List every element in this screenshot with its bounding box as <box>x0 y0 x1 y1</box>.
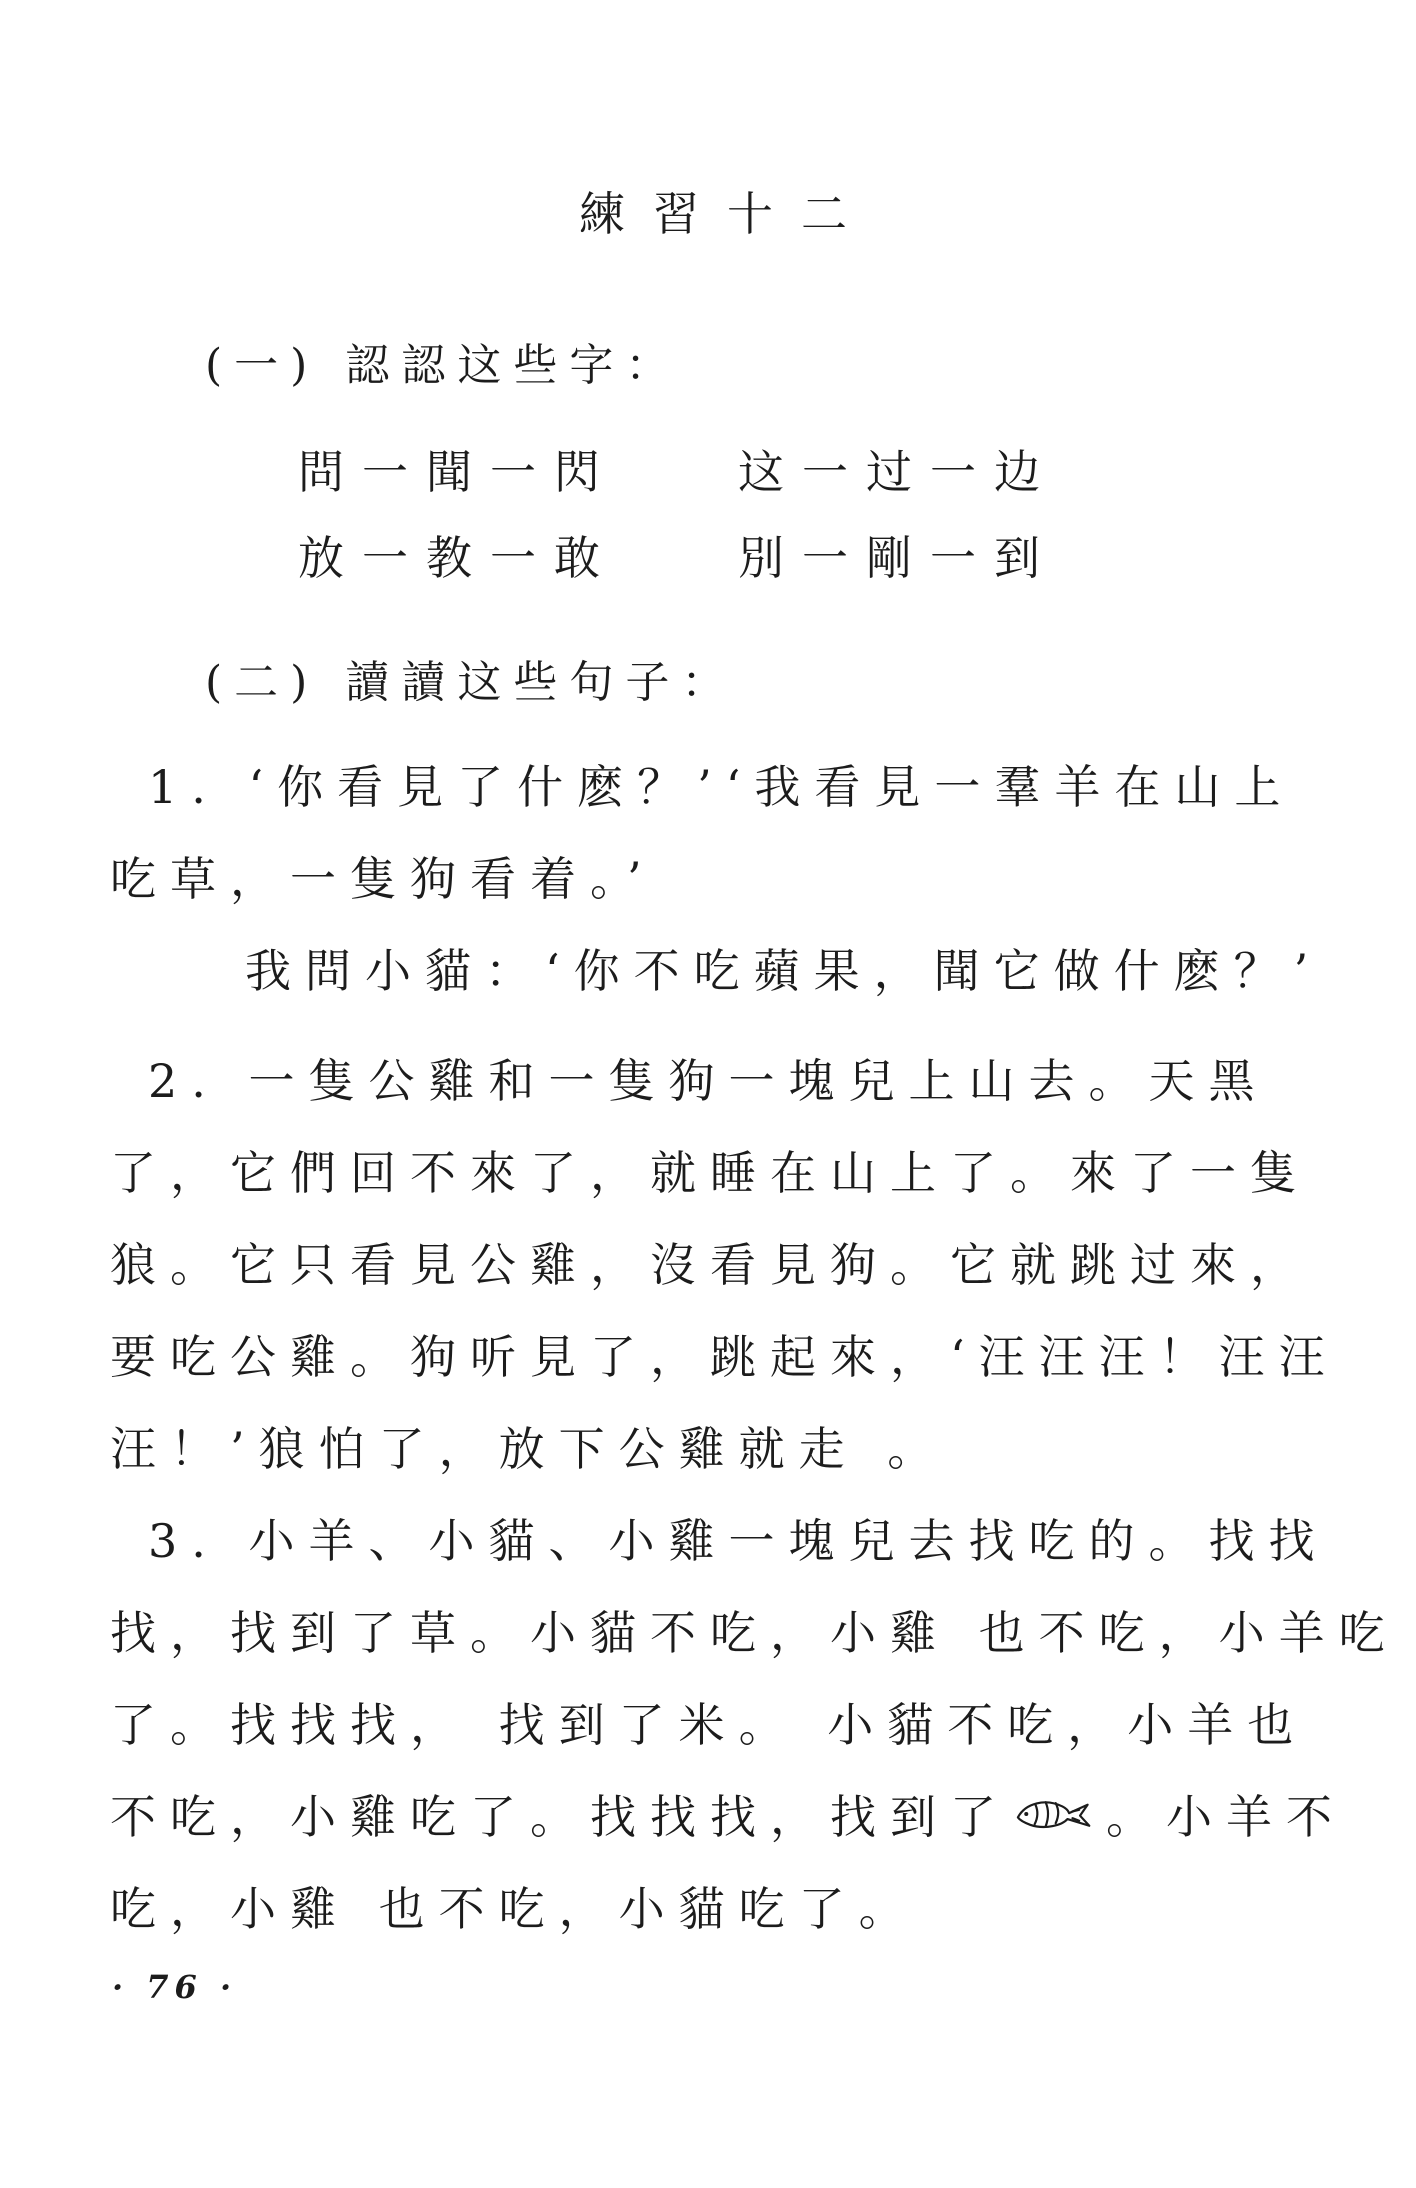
char-group-row2-right: 別一剛一到 <box>738 522 1058 588</box>
char-group-row2-left: 放一教一敢 <box>298 522 738 588</box>
text-line: 要吃公雞。狗听見了，跳起來，‘汪汪汪！汪汪 <box>110 1308 1316 1400</box>
text-line: 吃，小雞 也不吃，小貓吃了。 <box>110 1860 1316 1952</box>
text-line: 汪！’狼怕了，放下公雞就走 。 <box>110 1400 1316 1492</box>
text-line: 吃草，一隻狗看着。’ <box>110 830 1316 922</box>
text-line-with-fish: 不吃，小雞吃了。找找找，找到了 。小羊不 <box>110 1768 1316 1860</box>
text-after-fish: 。小羊不 <box>1106 1781 1346 1847</box>
section-1-heading: (一) 認認这些字： <box>110 330 1316 402</box>
char-row-2: 放一教一敢 別一剛一到 <box>110 512 1316 598</box>
text-line: 了。找找找， 找到了米。 小貓不吃，小羊也 <box>110 1676 1316 1768</box>
char-group-row1-left: 問一聞一閃 <box>298 436 738 502</box>
section-2-heading: (二) 讀讀这些句子： <box>110 646 1316 720</box>
sentence-3: 3. 小羊、小貓、小雞一塊兒去找吃的。找找 找，找到了草。小貓不吃，小雞 也不吃… <box>110 1492 1316 1952</box>
text-line: 找，找到了草。小貓不吃，小雞 也不吃，小羊吃 <box>110 1584 1316 1676</box>
fish-icon <box>1012 1789 1096 1839</box>
page-title: 練習十二 <box>110 178 1316 250</box>
text-line: 3. 小羊、小貓、小雞一塊兒去找吃的。找找 <box>110 1492 1316 1584</box>
text-line: 狼。它只看見公雞，沒看見狗。它就跳过來， <box>110 1216 1316 1308</box>
sentence-2: 2. 一隻公雞和一隻狗一塊兒上山去。天黑 了，它們回不來了，就睡在山上了。來了一… <box>110 1032 1316 1492</box>
text-before-fish: 不吃，小雞吃了。找找找，找到了 <box>110 1781 1010 1847</box>
page-number: · 76 · <box>110 1966 1316 2008</box>
char-row-1: 問一聞一閃 这一过一边 <box>110 426 1316 512</box>
text-line: 我問小貓：‘你不吃蘋果，聞它做什麽？’ <box>110 922 1316 1014</box>
char-group-row1-right: 这一过一边 <box>738 436 1058 502</box>
text-line: 了，它們回不來了，就睡在山上了。來了一隻 <box>110 1124 1316 1216</box>
sentence-1: 1. ‘你看見了什麽？’‘我看見一羣羊在山上 吃草，一隻狗看着。’ 我問小貓：‘… <box>110 738 1316 1014</box>
text-line: 2. 一隻公雞和一隻狗一塊兒上山去。天黑 <box>110 1032 1316 1124</box>
text-line: 1. ‘你看見了什麽？’‘我看見一羣羊在山上 <box>110 738 1316 830</box>
textbook-page: 練習十二 (一) 認認这些字： 問一聞一閃 这一过一边 放一教一敢 別一剛一到 … <box>0 0 1416 2188</box>
